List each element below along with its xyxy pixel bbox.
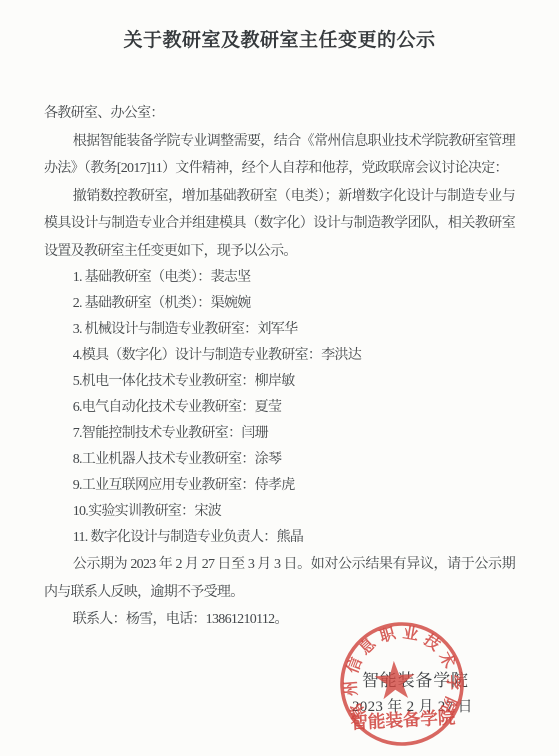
- list-item: 3. 机械设计与制造专业教研室：刘军华: [44, 317, 515, 343]
- list-item: 9.工业互联网应用专业教研室：侍孝虎: [44, 473, 515, 499]
- paragraph-publicity-period: 公示期为 2023 年 2 月 27 日至 3 月 3 日。如对公示结果有异议，…: [44, 551, 515, 606]
- list-item: 7.智能控制技术专业教研室：闫珊: [44, 421, 515, 447]
- list-item: 5.机电一体化技术专业教研室：柳岸敏: [44, 369, 515, 395]
- list-item: 11. 数字化设计与制造专业负责人：熊晶: [44, 525, 515, 551]
- salutation: 各教研室、办公室：: [44, 100, 515, 128]
- list-item: 6.电气自动化技术专业教研室：夏莹: [44, 395, 515, 421]
- list-item: 4.模具（数字化）设计与制造专业教研室：李洪达: [44, 343, 515, 369]
- announcement-document: 关于教研室及教研室主任变更的公示 各教研室、办公室： 根据智能装备学院专业调整需…: [0, 0, 559, 756]
- paragraph-changes: 撤销数控教研室，增加基础教研室（电类）；新增数字化设计与制造专业与模具设计与制造…: [44, 183, 515, 266]
- document-body: 各教研室、办公室： 根据智能装备学院专业调整需要，结合《常州信息职业技术学院教研…: [0, 100, 559, 634]
- list-item: 10.实验实训教研室：宋波: [44, 499, 515, 525]
- list-item: 1. 基础教研室（电类）：裴志坚: [44, 265, 515, 291]
- list-item: 8.工业机器人技术专业教研室：涂琴: [44, 447, 515, 473]
- seal-star-icon: ★: [370, 652, 420, 711]
- page-title: 关于教研室及教研室主任变更的公示: [0, 0, 559, 53]
- official-seal: 常州信息职业技术学院 ★ 智能装备学院: [328, 610, 475, 756]
- paragraph-basis: 根据智能装备学院专业调整需要，结合《常州信息职业技术学院教研室管理办法》（教务[…: [44, 128, 515, 183]
- list-item: 2. 基础教研室（机类）：渠婉婉: [44, 291, 515, 317]
